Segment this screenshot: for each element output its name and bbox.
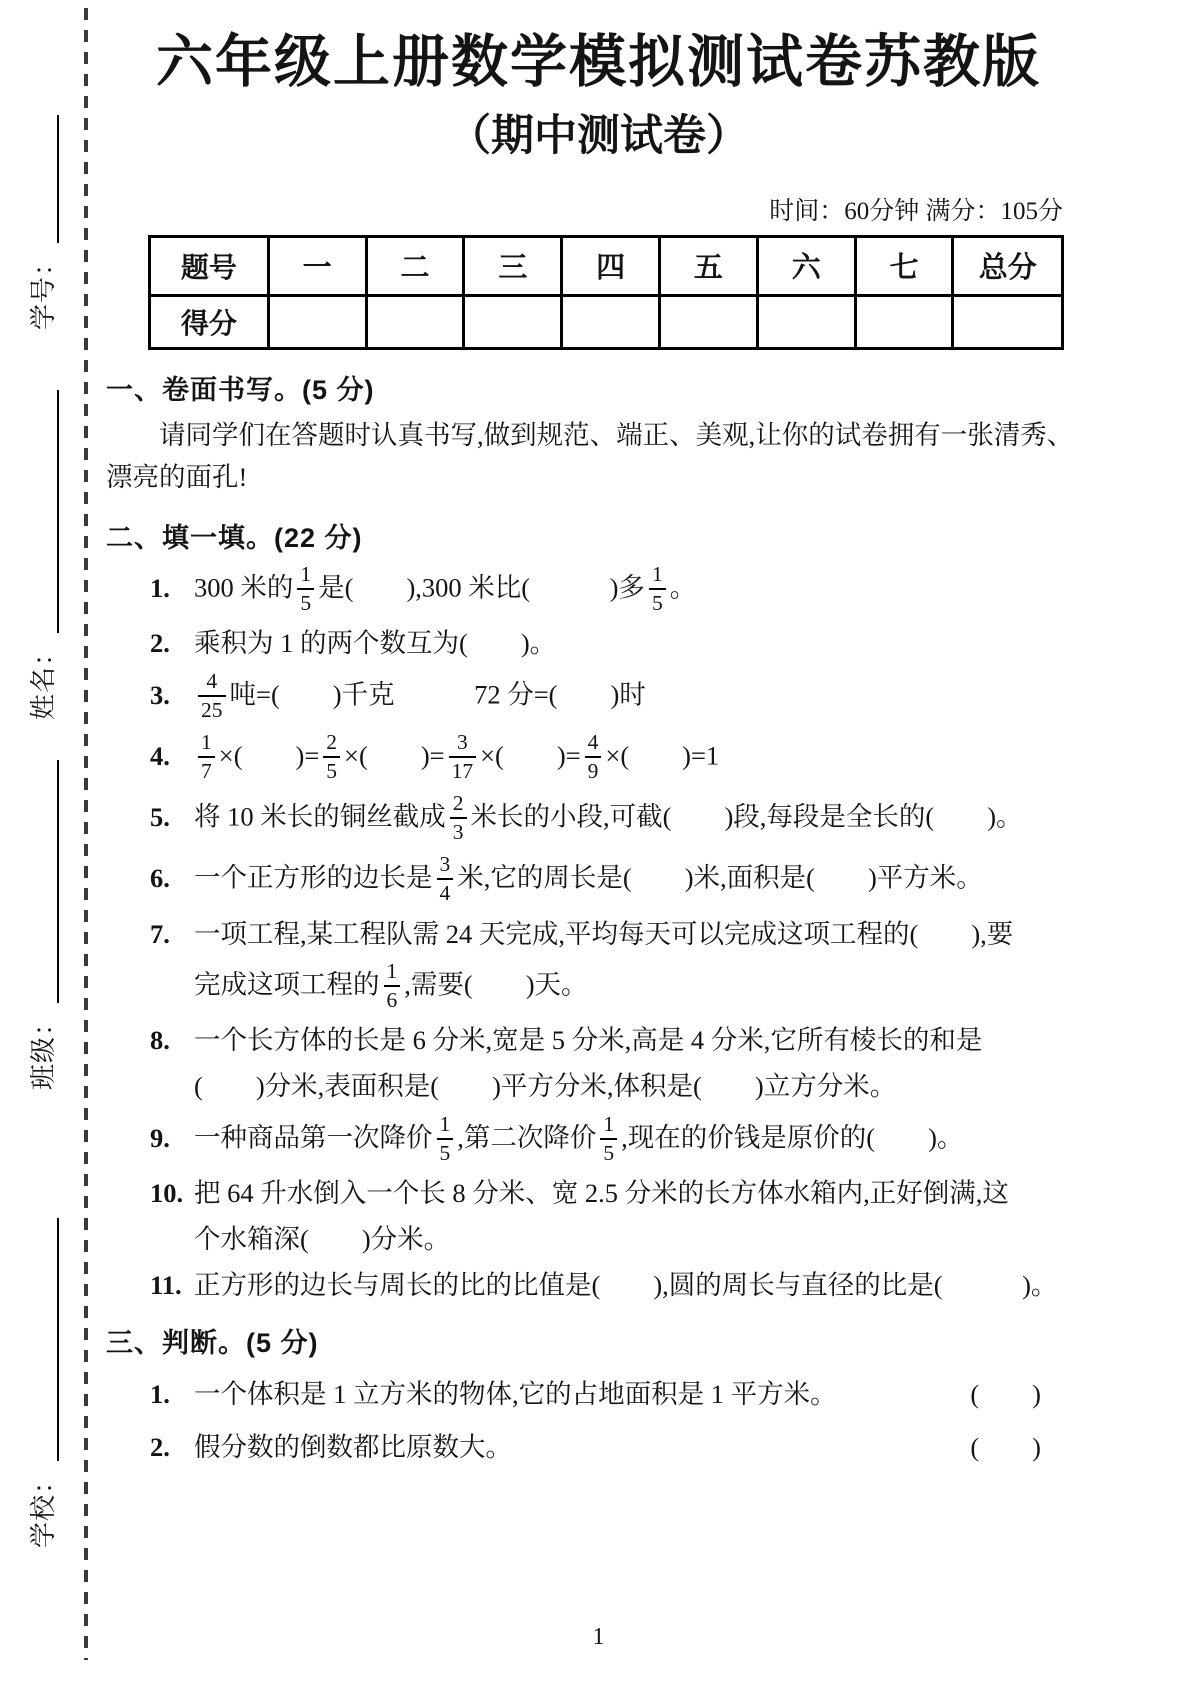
- paper-content: 六年级上册数学模拟测试卷苏教版 （期中测试卷） 时间：60分钟 满分：105分 …: [106, 0, 1091, 1478]
- score-cell-empty: [268, 295, 366, 348]
- section-handwriting: 一、卷面书写。(5 分) 请同学们在答题时认真书写,做到规范、端正、美观,让你的…: [106, 368, 1091, 498]
- question-row: 4.17×( )=25×( )=317×( )=49×( )=1: [106, 733, 1091, 784]
- question-continuation: 个水箱深( )分米。: [106, 1222, 1091, 1258]
- student-name-blank-line: [57, 390, 59, 633]
- score-table-cell: 二: [366, 236, 464, 295]
- score-cell-empty: [855, 295, 953, 348]
- question-number: 7.: [150, 917, 194, 953]
- judge-question-row: 1.一个体积是 1 立方米的物体,它的占地面积是 1 平方米。( ): [106, 1372, 1091, 1413]
- score-table-cell: 总分: [953, 236, 1063, 295]
- question-row: 6.一个正方形的边长是34米,它的周长是( )米,面积是( )平方米。: [106, 855, 1091, 906]
- score-table-cell: 一: [268, 236, 366, 295]
- section-heading: 二、填一填。(22 分): [106, 516, 1091, 555]
- student-name-field: 姓名：: [24, 390, 64, 720]
- fraction: 49: [585, 731, 602, 782]
- question-row: 11.正方形的边长与周长的比的比值是( ),圆的周长与直径的比是( )。: [106, 1268, 1091, 1304]
- section-heading: 一、卷面书写。(5 分): [106, 368, 1091, 407]
- question-row: 10.把 64 升水倒入一个长 8 分米、宽 2.5 分米的长方体水箱内,正好倒…: [106, 1176, 1091, 1212]
- student-class-label: 班级：: [24, 1009, 64, 1090]
- section-body: 请同学们在答题时认真书写,做到规范、端正、美观,让你的试卷拥有一张清秀、漂亮的面…: [106, 415, 1091, 498]
- score-table-cell: 四: [562, 236, 660, 295]
- question-number: 2.: [150, 626, 194, 662]
- question-row: 8.一个长方体的长是 6 分米,宽是 5 分米,高是 4 分米,它所有棱长的和是: [106, 1023, 1091, 1059]
- score-cell-empty: [366, 295, 464, 348]
- section-body: 1.一个体积是 1 立方米的物体,它的占地面积是 1 平方米。( )2.假分数的…: [106, 1372, 1091, 1466]
- score-table-cell: 五: [660, 236, 758, 295]
- score-cell-empty: [757, 295, 855, 348]
- time-score-meta: 时间：60分钟 满分：105分: [106, 191, 1063, 227]
- fraction: 15: [297, 563, 314, 614]
- question-continuation: 完成这项工程的16,需要( )天。: [106, 962, 1091, 1013]
- fraction: 34: [437, 853, 454, 904]
- question-number: 6.: [150, 861, 194, 897]
- score-table-cell: 六: [757, 236, 855, 295]
- question-row: 9.一种商品第一次降价15,第二次降价15,现在的价钱是原价的( )。: [106, 1115, 1091, 1166]
- question-row: 1.300 米的15是( ),300 米比( )多15。: [106, 565, 1091, 616]
- paper-title: 六年级上册数学模拟测试卷苏教版: [106, 30, 1091, 96]
- fraction: 317: [449, 731, 477, 782]
- prose-line: 请同学们在答题时认真书写,做到规范、端正、美观,让你的试卷拥有一张清秀、: [106, 415, 1091, 457]
- student-id-label: 学号：: [24, 249, 64, 330]
- question-number: 3.: [150, 678, 194, 714]
- score-table-score-row: 得分: [150, 295, 1063, 348]
- question-number: 5.: [150, 800, 194, 836]
- student-class-field: 班级：: [24, 760, 64, 1090]
- score-table: 题号 一 二 三 四 五 六 七 总分 得分: [148, 235, 1064, 350]
- section-heading: 三、判断。(5 分): [106, 1321, 1091, 1360]
- student-school-blank-line: [57, 1218, 59, 1461]
- question-number: 1.: [150, 1379, 194, 1410]
- judge-question-row: 2.假分数的倒数都比原数大。( ): [106, 1425, 1091, 1466]
- fraction: 17: [198, 731, 215, 782]
- question-row: 5.将 10 米长的铜丝截成23米长的小段,可截( )段,每段是全长的( )。: [106, 794, 1091, 845]
- question-number: 9.: [150, 1121, 194, 1157]
- answer-parentheses: ( ): [970, 1425, 1041, 1464]
- question-number: 1.: [150, 571, 194, 607]
- paper-subtitle: （期中测试卷）: [106, 112, 1091, 161]
- question-row: 2.乘积为 1 的两个数互为( )。: [106, 626, 1091, 662]
- section-judge: 三、判断。(5 分) 1.一个体积是 1 立方米的物体,它的占地面积是 1 平方…: [106, 1321, 1091, 1466]
- question-number: 4.: [150, 739, 194, 775]
- binding-dashed-line: [84, 8, 88, 1660]
- fraction: 15: [437, 1113, 454, 1164]
- score-cell-empty: [660, 295, 758, 348]
- student-id-field: 学号：: [24, 115, 64, 330]
- score-table-cell: 七: [855, 236, 953, 295]
- student-name-label: 姓名：: [24, 639, 64, 720]
- score-cell-empty: [464, 295, 562, 348]
- student-school-label: 学校：: [24, 1467, 64, 1548]
- score-table-cell: 三: [464, 236, 562, 295]
- question-number: 8.: [150, 1023, 194, 1059]
- question-number: 10.: [150, 1176, 194, 1212]
- score-cell-empty: [953, 295, 1063, 348]
- fraction: 15: [649, 563, 666, 614]
- answer-parentheses: ( ): [970, 1372, 1041, 1411]
- section-body: 1.300 米的15是( ),300 米比( )多15。2.乘积为 1 的两个数…: [106, 565, 1091, 1303]
- fraction: 425: [198, 670, 226, 721]
- score-table-cell: 得分: [150, 295, 269, 348]
- score-table-header-row: 题号 一 二 三 四 五 六 七 总分: [150, 236, 1063, 295]
- question-row: 7.一项工程,某工程队需 24 天完成,平均每天可以完成这项工程的( ),要: [106, 917, 1091, 953]
- student-school-field: 学校：: [24, 1218, 64, 1548]
- question-text: 假分数的倒数都比原数大。: [194, 1430, 512, 1466]
- prose-line: 漂亮的面孔!: [106, 457, 1091, 499]
- fraction: 25: [323, 731, 340, 782]
- student-class-blank-line: [57, 760, 59, 1003]
- test-paper-page: { "page": { "title": "六年级上册数学模拟测试卷苏教版", …: [0, 0, 1190, 1682]
- question-row: 3.425吨=( )千克 72 分=( )时: [106, 672, 1091, 723]
- score-cell-empty: [562, 295, 660, 348]
- page-number: 1: [106, 1624, 1091, 1651]
- question-number: 2.: [150, 1432, 194, 1463]
- section-fill-in: 二、填一填。(22 分) 1.300 米的15是( ),300 米比( )多15…: [106, 516, 1091, 1303]
- fraction: 23: [450, 792, 467, 843]
- fraction: 16: [384, 960, 401, 1011]
- fraction: 15: [600, 1113, 617, 1164]
- question-continuation: ( )分米,表面积是( )平方分米,体积是( )立方分米。: [106, 1069, 1091, 1105]
- question-text: 一个体积是 1 立方米的物体,它的占地面积是 1 平方米。: [194, 1377, 837, 1413]
- student-id-blank-line: [57, 115, 59, 243]
- score-table-cell: 题号: [150, 236, 269, 295]
- question-number: 11.: [150, 1268, 194, 1304]
